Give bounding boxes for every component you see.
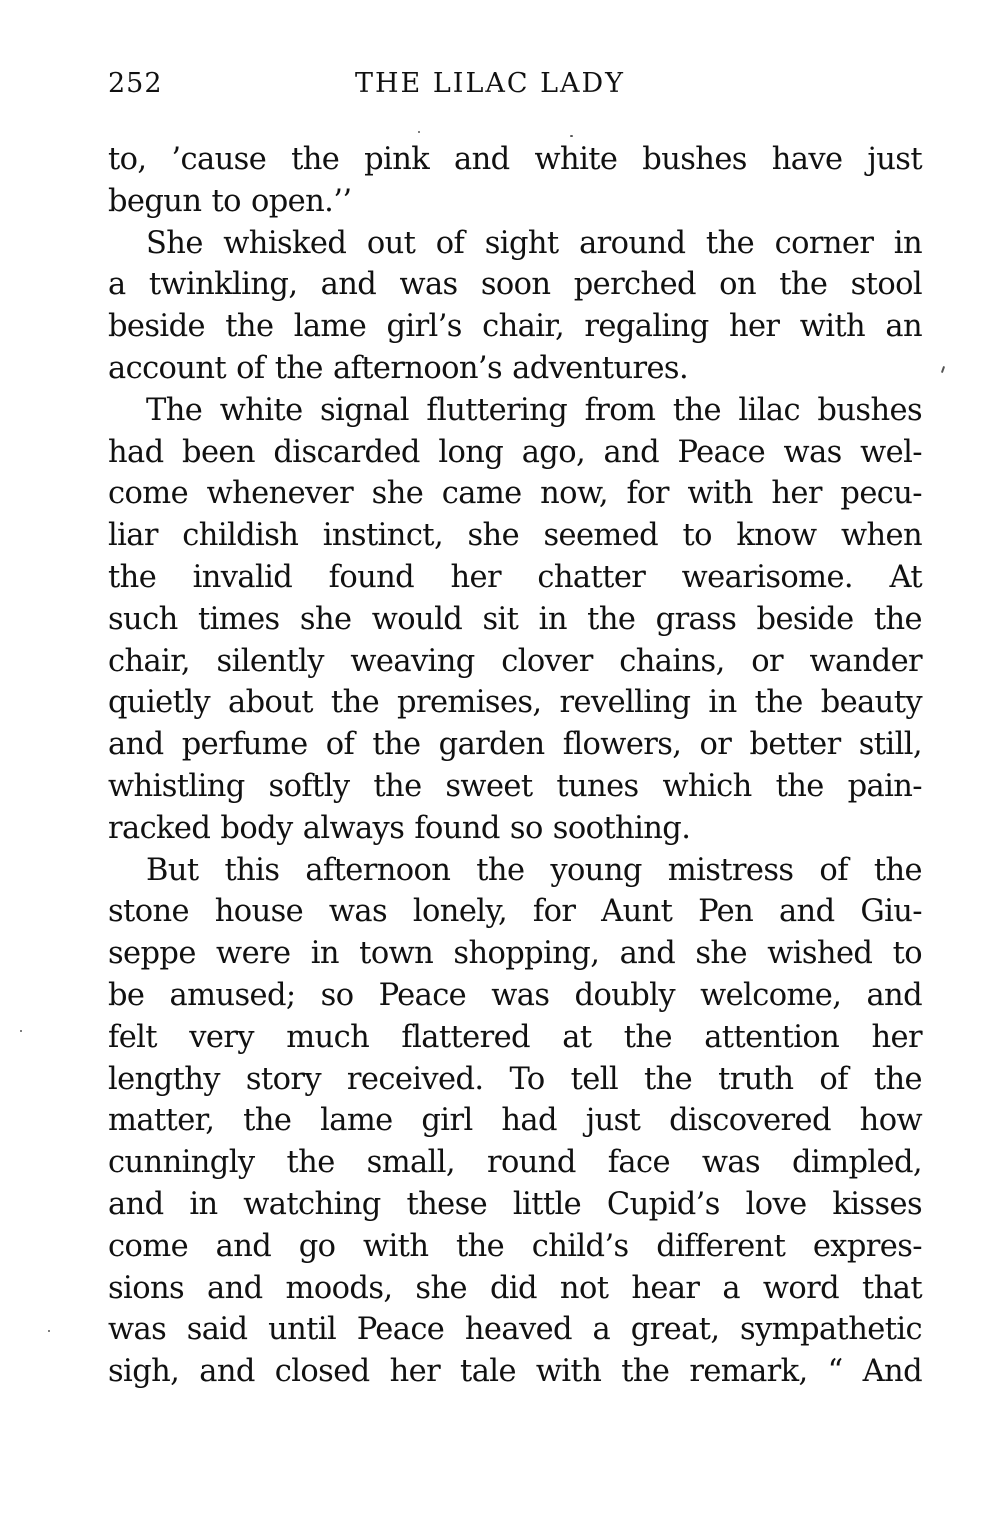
scan-speck xyxy=(20,1030,22,1032)
text-line: and perfume of the garden flowers, or be… xyxy=(108,724,922,766)
text-line: seppe were in town shopping, and she wis… xyxy=(108,933,922,975)
text-line: to, ’cause the pink and white bushes hav… xyxy=(108,139,922,181)
text-line: felt very much flattered at the attentio… xyxy=(108,1017,922,1059)
text-line: But this afternoon the young mistress of… xyxy=(108,850,922,892)
text-line: the invalid found her chatter wearisome.… xyxy=(108,557,922,599)
text-line: lengthy story received. To tell the trut… xyxy=(108,1059,922,1101)
text-line: sions and moods, she did not hear a word… xyxy=(108,1268,922,1310)
paragraph: The white signal fluttering from the lil… xyxy=(108,390,922,850)
text-line: racked body always found so soothing. xyxy=(108,808,922,850)
text-line: whistling softly the sweet tunes which t… xyxy=(108,766,922,808)
paragraph: to, ’cause the pink and white bushes hav… xyxy=(108,139,922,223)
text-line: was said until Peace heaved a great, sym… xyxy=(108,1309,922,1351)
body-text: to, ’cause the pink and white bushes hav… xyxy=(108,139,922,1393)
text-line: and in watching these little Cupid’s lov… xyxy=(108,1184,922,1226)
book-page: 252 THE LILAC LADY to, ’cause the pink a… xyxy=(108,62,922,108)
text-line: had been discarded long ago, and Peace w… xyxy=(108,432,922,474)
text-line: matter, the lame girl had just discovere… xyxy=(108,1100,922,1142)
paragraph: But this afternoon the young mistress of… xyxy=(108,850,922,1393)
paragraph: She whisked out of sight around the corn… xyxy=(108,223,922,390)
text-line: beside the lame girl’s chair, regaling h… xyxy=(108,306,922,348)
text-line: a twinkling, and was soon perched on the… xyxy=(108,264,922,306)
scan-speck xyxy=(570,135,573,137)
text-line: such times she would sit in the grass be… xyxy=(108,599,922,641)
text-line: be amused; so Peace was doubly welcome, … xyxy=(108,975,922,1017)
text-line: come whenever she came now, for with her… xyxy=(108,473,922,515)
text-line: stone house was lonely, for Aunt Pen and… xyxy=(108,891,922,933)
text-line: The white signal fluttering from the lil… xyxy=(108,390,922,432)
text-line: She whisked out of sight around the corn… xyxy=(108,223,922,265)
text-line: chair, silently weaving clover chains, o… xyxy=(108,641,922,683)
text-line: liar childish instinct, she seemed to kn… xyxy=(108,515,922,557)
text-line: cunningly the small, round face was dimp… xyxy=(108,1142,922,1184)
running-head: 252 THE LILAC LADY xyxy=(108,62,922,108)
scan-speck xyxy=(941,366,945,373)
scan-speck xyxy=(418,131,420,133)
running-title: THE LILAC LADY xyxy=(355,68,625,99)
text-line: account of the afternoon’s adventures. xyxy=(108,348,922,390)
text-line: quietly about the premises, revelling in… xyxy=(108,682,922,724)
text-line: sigh, and closed her tale with the remar… xyxy=(108,1351,922,1393)
scan-speck xyxy=(48,1330,50,1332)
page-number: 252 xyxy=(108,68,163,99)
text-line: begun to open.’’ xyxy=(108,181,922,223)
text-line: come and go with the child’s different e… xyxy=(108,1226,922,1268)
